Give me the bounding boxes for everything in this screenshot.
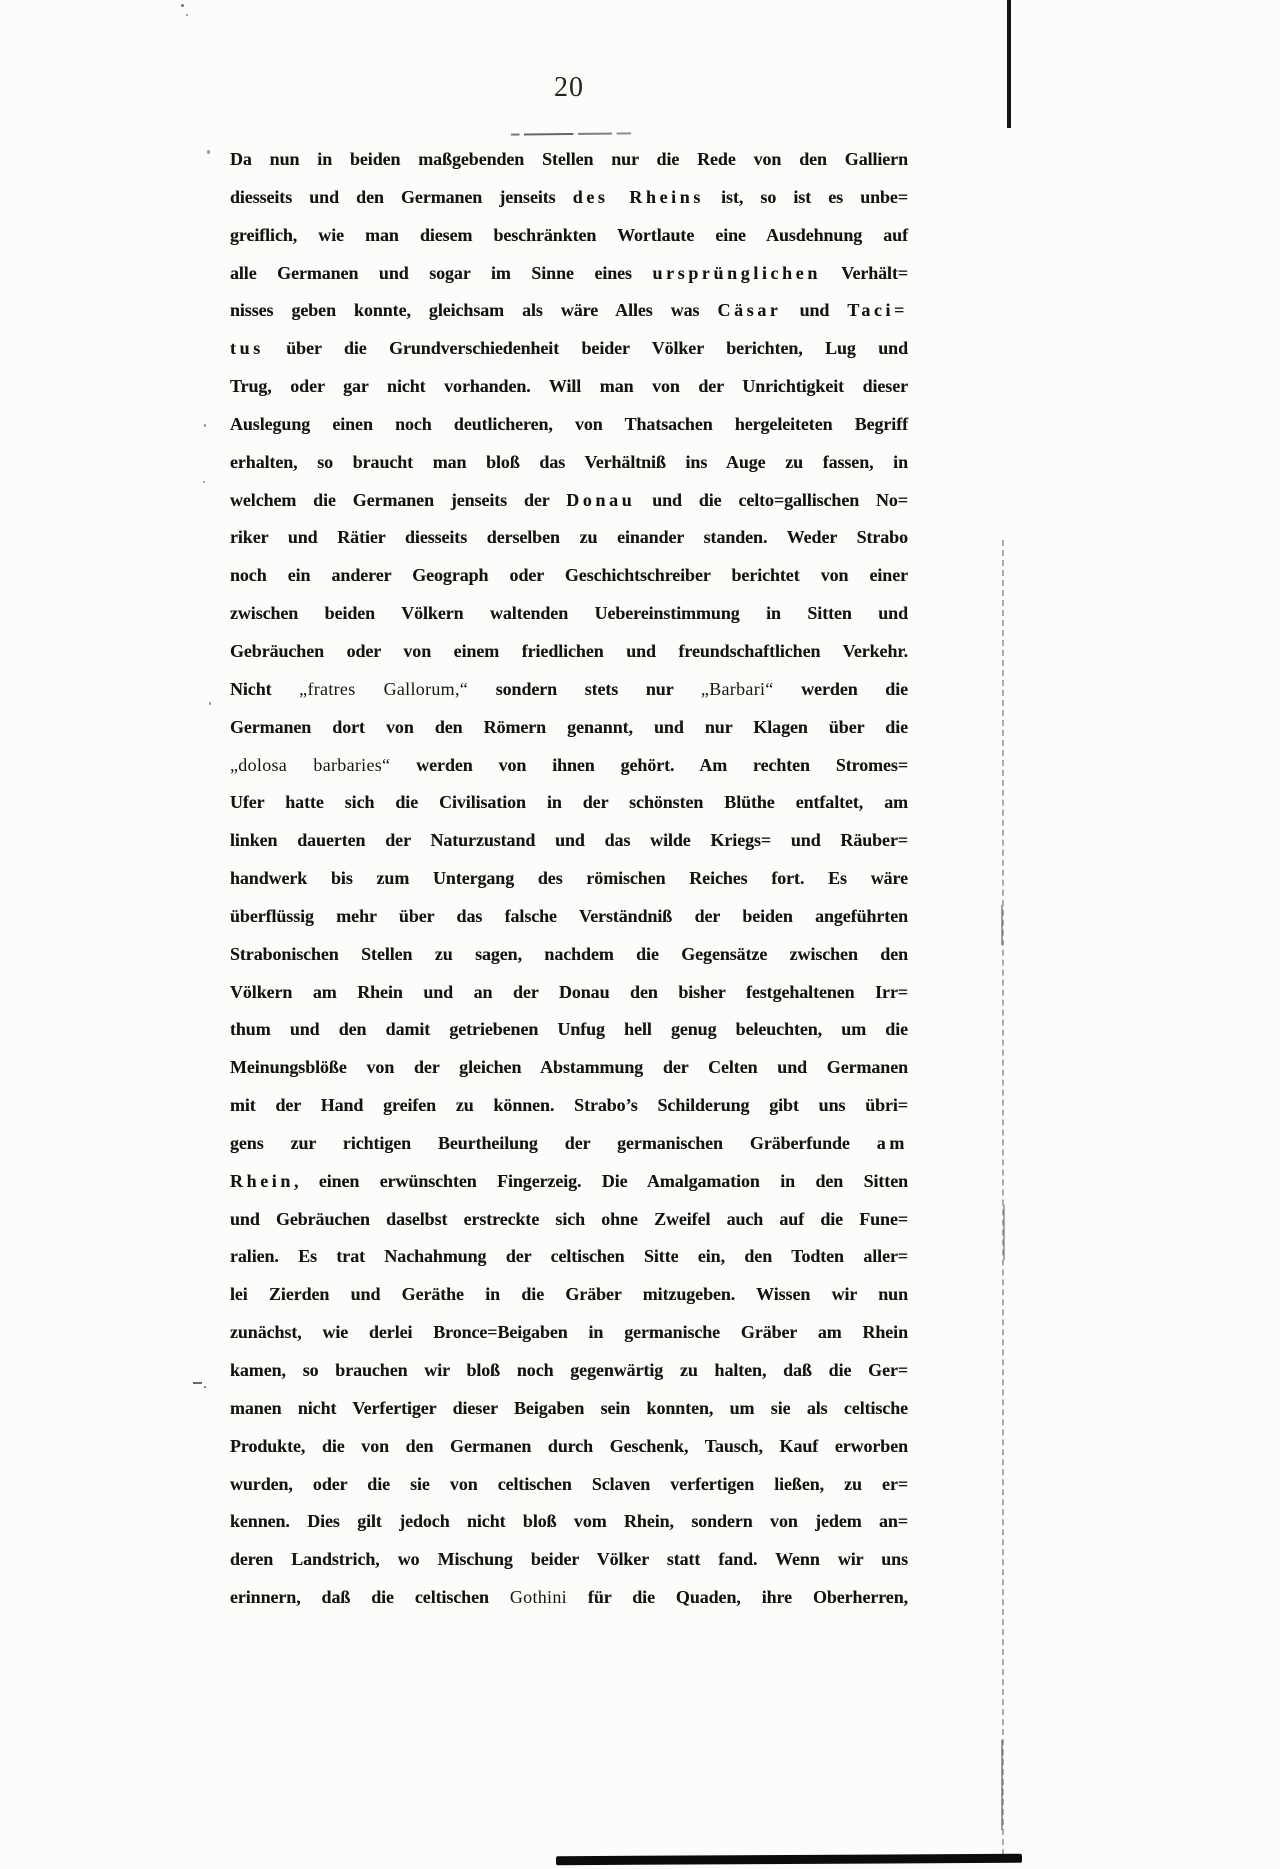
text-segment: welchem die Germanen jenseits der <box>230 490 566 510</box>
speck-artifact <box>203 481 205 483</box>
text-segment: manen nicht Verfertiger dieser Beigaben … <box>230 1398 908 1418</box>
emphasized-word: Taci= <box>847 300 908 320</box>
text-segment: , einen erwünschten Fingerzeig. Die Amal… <box>294 1171 908 1191</box>
text-line: und Gebräuchen daselbst erstreckte sich … <box>230 1201 908 1239</box>
text-segment: wurden, oder die sie von celtischen Scla… <box>230 1474 908 1494</box>
text-line: kennen. Dies gilt jedoch nicht bloß vom … <box>230 1503 908 1541</box>
text-line: Germanen dort von den Römern genannt, un… <box>230 709 908 747</box>
text-segment: mit der Hand greifen zu können. Strabo’s… <box>230 1095 908 1115</box>
text-segment: Produkte, die von den Germanen durch Ges… <box>230 1436 908 1456</box>
text-line: kamen, so brauchen wir bloß noch gegenwä… <box>230 1352 908 1390</box>
emphasized-word: des Rheins <box>573 187 704 207</box>
text-line: Nicht „fratres Gallorum,“ sondern stets … <box>230 671 908 709</box>
text-segment: zunächst, wie derlei Bronce=Beigaben in … <box>230 1322 908 1342</box>
scan-bottom-bar-artifact <box>556 1854 1022 1865</box>
text-line: deren Landstrich, wo Mischung beider Völ… <box>230 1541 908 1579</box>
latin-phrase: „Barbari“ <box>701 679 774 699</box>
emphasized-word: ursprünglichen <box>653 263 821 283</box>
text-line: handwerk bis zum Untergang des römischen… <box>230 860 908 898</box>
text-line: Da nun in beiden maßgebenden Stellen nur… <box>230 141 908 179</box>
text-segment: erhalten, so braucht man bloß das Verhäl… <box>230 452 908 472</box>
latin-phrase: Gothini <box>510 1587 567 1607</box>
text-segment: werden die <box>774 679 908 699</box>
text-line: Rhein, einen erwünschten Fingerzeig. Die… <box>230 1163 908 1201</box>
text-segment: werden von ihnen gehört. Am rechten Stro… <box>390 755 908 775</box>
text-line: Produkte, die von den Germanen durch Ges… <box>230 1428 908 1466</box>
emphasized-word: Donau <box>566 490 635 510</box>
text-segment: und Gebräuchen daselbst erstreckte sich … <box>230 1209 908 1229</box>
text-segment: linken dauerten der Naturzustand und das… <box>230 830 908 850</box>
text-line: Völkern am Rhein und an der Donau den bi… <box>230 974 908 1012</box>
text-line: erinnern, daß die celtischen Gothini für… <box>230 1579 908 1617</box>
text-segment: deren Landstrich, wo Mischung beider Völ… <box>230 1549 908 1569</box>
text-line: welchem die Germanen jenseits der Donau … <box>230 482 908 520</box>
text-line: Meinungsblöße von der gleichen Abstammun… <box>230 1049 908 1087</box>
text-segment: ist, so ist es unbe= <box>704 187 908 207</box>
text-line: gens zur richtigen Beurtheilung der germ… <box>230 1125 908 1163</box>
text-segment: sondern stets nur <box>468 679 701 699</box>
text-segment: lei Zierden und Geräthe in die Gräber mi… <box>230 1284 908 1304</box>
latin-phrase: „fratres Gallorum,“ <box>299 679 468 699</box>
text-segment: ralien. Es trat Nachahmung der celtische… <box>230 1246 908 1266</box>
text-line: wurden, oder die sie von celtischen Scla… <box>230 1466 908 1504</box>
speck-artifact <box>204 424 206 427</box>
text-segment: Völkern am Rhein und an der Donau den bi… <box>230 982 908 1002</box>
text-segment: erinnern, daß die celtischen <box>230 1587 510 1607</box>
page-number-underline-artifact <box>511 132 631 135</box>
text-segment: und <box>782 300 848 320</box>
scan-binding-segment-artifact <box>1003 1205 1005 1260</box>
text-line: noch ein anderer Geograph oder Geschicht… <box>230 557 908 595</box>
text-segment: greiflich, wie man diesem beschränkten W… <box>230 225 908 245</box>
text-line: lei Zierden und Geräthe in die Gräber mi… <box>230 1276 908 1314</box>
emphasized-word: am <box>877 1133 908 1153</box>
emphasized-word: Rhein <box>230 1171 294 1191</box>
text-segment: handwerk bis zum Untergang des römischen… <box>230 868 908 888</box>
scan-binding-segment-artifact <box>1001 1740 1003 1830</box>
text-line: greiflich, wie man diesem beschränkten W… <box>230 217 908 255</box>
text-line: mit der Hand greifen zu können. Strabo’s… <box>230 1087 908 1125</box>
text-segment: kamen, so brauchen wir bloß noch gegenwä… <box>230 1360 908 1380</box>
speck-artifact <box>186 14 188 16</box>
text-segment: Nicht <box>230 679 299 699</box>
text-segment: Auslegung einen noch deutlicheren, von T… <box>230 414 908 434</box>
text-segment: gens zur richtigen Beurtheilung der germ… <box>230 1133 877 1153</box>
scan-edge-line-artifact <box>1007 0 1011 128</box>
speck-artifact <box>181 4 184 7</box>
text-segment: Trug, oder gar nicht vorhanden. Will man… <box>230 376 908 396</box>
text-line: Ufer hatte sich die Civilisation in der … <box>230 784 908 822</box>
text-line: riker und Rätier diesseits derselben zu … <box>230 519 908 557</box>
text-segment: Gebräuchen oder von einem friedlichen un… <box>230 641 908 661</box>
body-text: Da nun in beiden maßgebenden Stellen nur… <box>230 141 908 1617</box>
scanned-book-page: 20 Da nun in beiden maßgebenden Stellen … <box>0 0 1280 1869</box>
text-line: zunächst, wie derlei Bronce=Beigaben in … <box>230 1314 908 1352</box>
text-segment: Germanen dort von den Römern genannt, un… <box>230 717 908 737</box>
text-line: Trug, oder gar nicht vorhanden. Will man… <box>230 368 908 406</box>
speck-artifact <box>204 1386 206 1388</box>
text-line: Auslegung einen noch deutlicheren, von T… <box>230 406 908 444</box>
text-segment: diesseits und den Germanen jenseits <box>230 187 573 207</box>
text-segment: und die celto=gallischen No= <box>635 490 908 510</box>
text-segment: zwischen beiden Völkern waltenden Uebere… <box>230 603 908 623</box>
margin-mark-artifact <box>193 1382 202 1384</box>
text-line: erhalten, so braucht man bloß das Verhäl… <box>230 444 908 482</box>
page-number: 20 <box>230 72 908 104</box>
text-line: tus über die Grundverschiedenheit beider… <box>230 330 908 368</box>
text-segment: nisses geben konnte, gleichsam als wäre … <box>230 300 718 320</box>
emphasized-word: Cäsar <box>718 300 782 320</box>
text-line: alle Germanen und sogar im Sinne eines u… <box>230 255 908 293</box>
speck-artifact <box>209 702 211 705</box>
text-line: überflüssig mehr über das falsche Verstä… <box>230 898 908 936</box>
speck-artifact <box>207 150 210 154</box>
text-line: diesseits und den Germanen jenseits des … <box>230 179 908 217</box>
text-line: zwischen beiden Völkern waltenden Uebere… <box>230 595 908 633</box>
text-line: linken dauerten der Naturzustand und das… <box>230 822 908 860</box>
text-segment: alle Germanen und sogar im Sinne eines <box>230 263 653 283</box>
text-segment: riker und Rätier diesseits derselben zu … <box>230 527 908 547</box>
text-segment: Verhält= <box>821 263 908 283</box>
scan-binding-dotted-line-artifact <box>1002 540 1004 1855</box>
text-line: manen nicht Verfertiger dieser Beigaben … <box>230 1390 908 1428</box>
text-segment: für die Quaden, ihre Oberherren, <box>567 1587 908 1607</box>
scan-binding-segment-artifact <box>1001 905 1003 945</box>
text-line: „dolosa barbaries“ werden von ihnen gehö… <box>230 747 908 785</box>
text-segment: kennen. Dies gilt jedoch nicht bloß vom … <box>230 1511 908 1531</box>
text-line: Gebräuchen oder von einem friedlichen un… <box>230 633 908 671</box>
text-line: thum und den damit getriebenen Unfug hel… <box>230 1011 908 1049</box>
text-segment: thum und den damit getriebenen Unfug hel… <box>230 1019 908 1039</box>
text-segment: über die Grundverschiedenheit beider Völ… <box>264 338 908 358</box>
text-segment: Strabonischen Stellen zu sagen, nachdem … <box>230 944 908 964</box>
text-segment: Meinungsblöße von der gleichen Abstammun… <box>230 1057 908 1077</box>
text-segment: Da nun in beiden maßgebenden Stellen nur… <box>230 149 908 169</box>
text-line: nisses geben konnte, gleichsam als wäre … <box>230 292 908 330</box>
text-segment: überflüssig mehr über das falsche Verstä… <box>230 906 908 926</box>
text-segment: Ufer hatte sich die Civilisation in der … <box>230 792 908 812</box>
emphasized-word: tus <box>230 338 264 358</box>
text-line: ralien. Es trat Nachahmung der celtische… <box>230 1238 908 1276</box>
text-segment: noch ein anderer Geograph oder Geschicht… <box>230 565 908 585</box>
text-line: Strabonischen Stellen zu sagen, nachdem … <box>230 936 908 974</box>
latin-phrase: „dolosa barbaries“ <box>230 755 390 775</box>
